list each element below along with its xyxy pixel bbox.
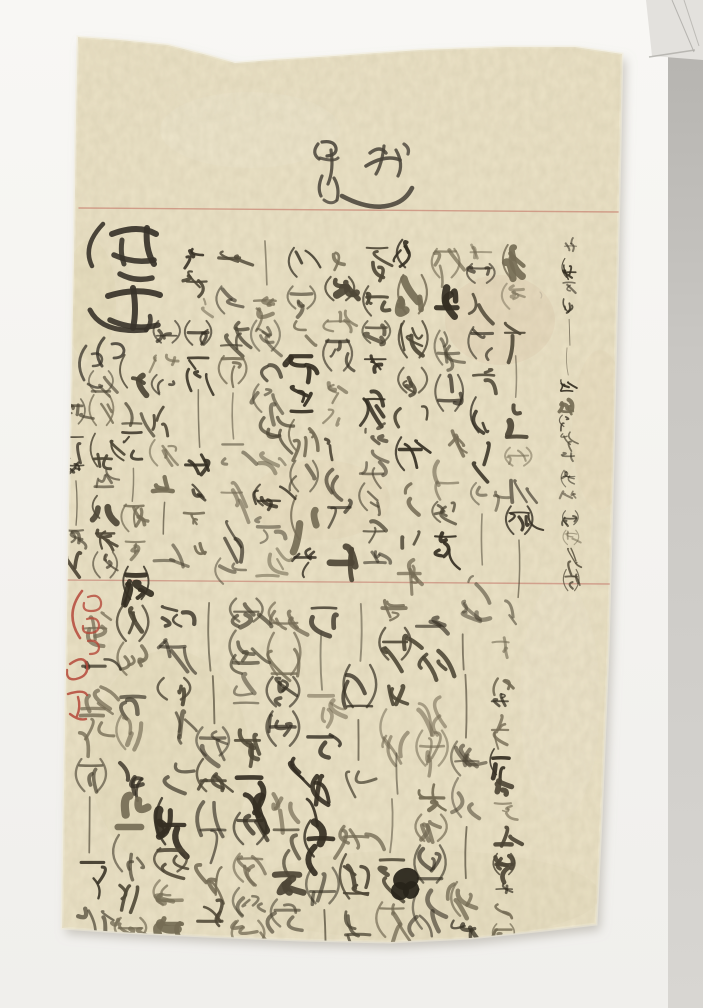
scanned-manuscript-photo <box>0 0 703 1008</box>
glassine-corner <box>646 0 703 60</box>
side-strip <box>668 0 703 1008</box>
manuscript-scan-canvas <box>0 0 703 1008</box>
